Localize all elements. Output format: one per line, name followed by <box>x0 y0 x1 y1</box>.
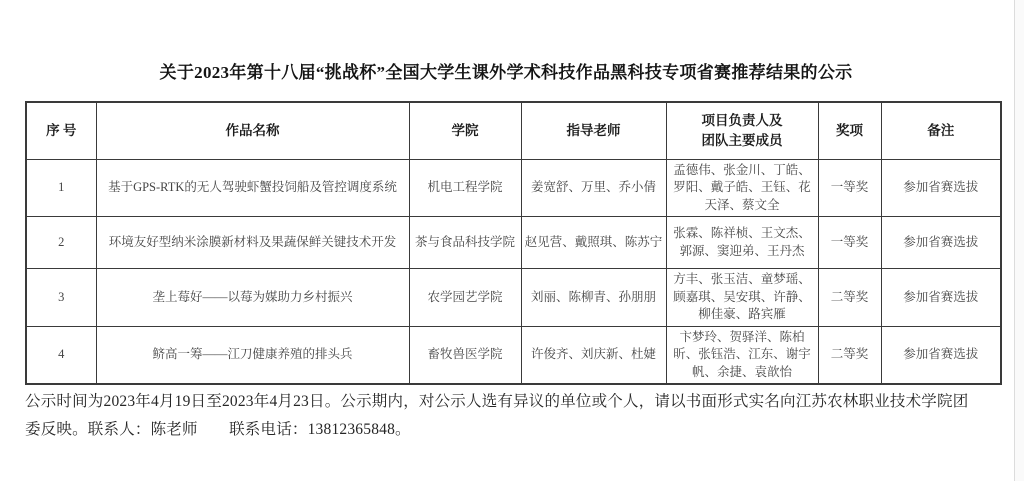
cell-note: 参加省赛选拔 <box>881 269 1001 327</box>
cell-members: 张霖、陈祥桢、王文杰、郭源、窦迎弟、王丹杰 <box>666 217 818 269</box>
col-header-college: 学院 <box>409 102 521 159</box>
col-header-seq: 序 号 <box>26 102 96 159</box>
page-right-edge <box>1014 0 1024 481</box>
announcement-footer: 公示时间为2023年4月19日至2023年4月23日。公示期内，对公示人选有异议… <box>25 388 1013 444</box>
col-header-note: 备注 <box>881 102 1001 159</box>
cell-award: 一等奖 <box>818 217 881 269</box>
cell-seq: 2 <box>26 217 96 269</box>
cell-members: 卞梦玲、贺驿洋、陈柏昕、张钰浩、江东、谢宇帆、余捷、袁歆怡 <box>666 326 818 384</box>
cell-teachers: 姜宽舒、万里、乔小倩 <box>521 159 666 217</box>
col-header-members: 项目负责人及 团队主要成员 <box>666 102 818 159</box>
table-row: 3 垄上莓好——以莓为媒助力乡村振兴 农学园艺学院 刘丽、陈柳青、孙朋朋 方丰、… <box>26 269 1001 327</box>
col-header-award: 奖项 <box>818 102 881 159</box>
cell-members: 方丰、张玉洁、童梦瑶、顾嘉琪、吴安琪、许静、柳佳豪、路宾雁 <box>666 269 818 327</box>
cell-work-title: 鲚高一筹——江刀健康养殖的排头兵 <box>96 326 409 384</box>
table-row: 2 环境友好型纳米涂膜新材料及果蔬保鲜关键技术开发 茶与食品科技学院 赵见营、戴… <box>26 217 1001 269</box>
cell-college: 机电工程学院 <box>409 159 521 217</box>
page-title: 关于2023年第十八届“挑战杯”全国大学生课外学术科技作品黑科技专项省赛推荐结果… <box>0 58 1012 83</box>
footer-line-1: 公示时间为2023年4月19日至2023年4月23日。公示期内，对公示人选有异议… <box>25 388 1013 416</box>
cell-award: 一等奖 <box>818 159 881 217</box>
cell-teachers: 赵见营、戴照琪、陈苏宁 <box>521 217 666 269</box>
cell-note: 参加省赛选拔 <box>881 217 1001 269</box>
cell-work-title: 基于GPS-RTK的无人驾驶虾蟹投饲船及管控调度系统 <box>96 159 409 217</box>
col-header-work-title: 作品名称 <box>96 102 409 159</box>
cell-members: 孟德伟、张金川、丁皓、罗阳、戴子皓、王钰、花天泽、蔡文全 <box>666 159 818 217</box>
table-row: 1 基于GPS-RTK的无人驾驶虾蟹投饲船及管控调度系统 机电工程学院 姜宽舒、… <box>26 159 1001 217</box>
cell-award: 二等奖 <box>818 269 881 327</box>
cell-seq: 3 <box>26 269 96 327</box>
cell-work-title: 垄上莓好——以莓为媒助力乡村振兴 <box>96 269 409 327</box>
footer-line-2: 委反映。联系人：陈老师 联系电话：13812365848。 <box>25 416 1013 444</box>
cell-teachers: 许俊齐、刘庆新、杜婕 <box>521 326 666 384</box>
cell-award: 二等奖 <box>818 326 881 384</box>
table-row: 4 鲚高一筹——江刀健康养殖的排头兵 畜牧兽医学院 许俊齐、刘庆新、杜婕 卞梦玲… <box>26 326 1001 384</box>
cell-college: 茶与食品科技学院 <box>409 217 521 269</box>
cell-college: 农学园艺学院 <box>409 269 521 327</box>
results-table: 序 号 作品名称 学院 指导老师 项目负责人及 团队主要成员 奖项 备注 1 基… <box>25 101 1002 385</box>
cell-seq: 4 <box>26 326 96 384</box>
cell-work-title: 环境友好型纳米涂膜新材料及果蔬保鲜关键技术开发 <box>96 217 409 269</box>
cell-seq: 1 <box>26 159 96 217</box>
col-header-teachers: 指导老师 <box>521 102 666 159</box>
cell-note: 参加省赛选拔 <box>881 326 1001 384</box>
table-header-row: 序 号 作品名称 学院 指导老师 项目负责人及 团队主要成员 奖项 备注 <box>26 102 1001 159</box>
cell-note: 参加省赛选拔 <box>881 159 1001 217</box>
cell-teachers: 刘丽、陈柳青、孙朋朋 <box>521 269 666 327</box>
cell-college: 畜牧兽医学院 <box>409 326 521 384</box>
